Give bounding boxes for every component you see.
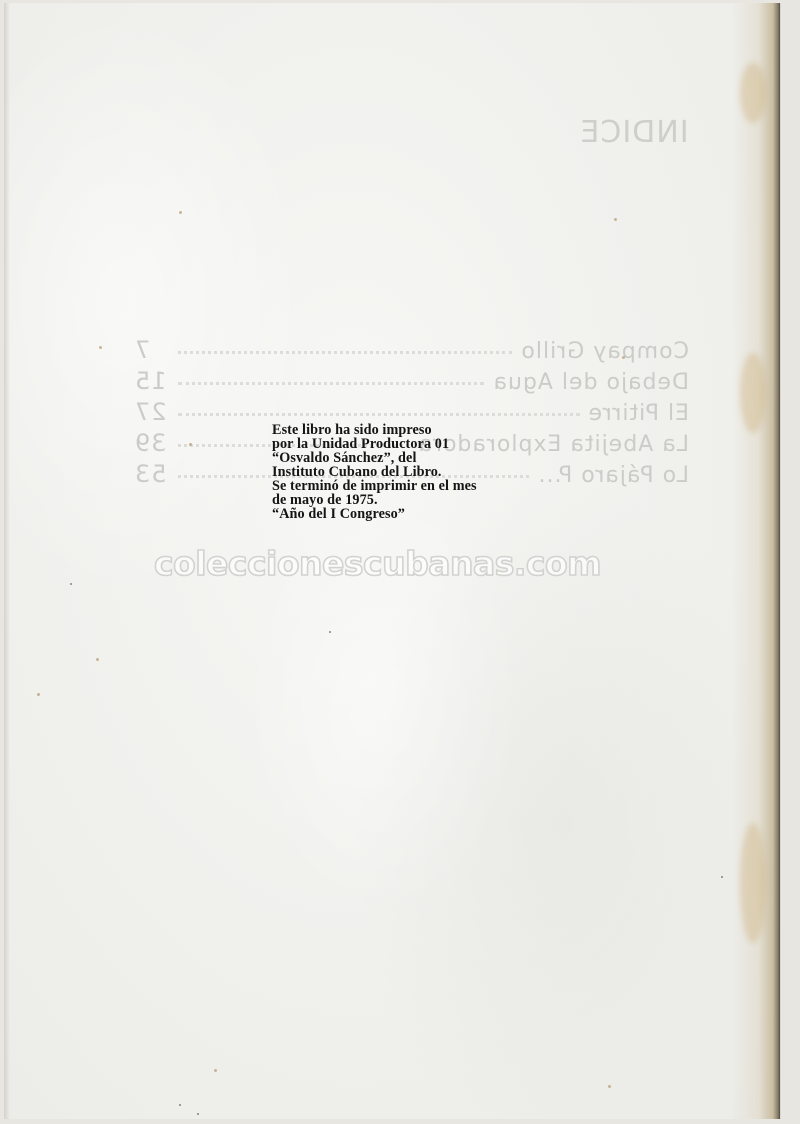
paper-speck bbox=[99, 346, 102, 349]
paper-speck bbox=[96, 658, 99, 661]
colophon-line: por la Unidad Productora 01 bbox=[272, 437, 477, 451]
show-through-entry-page: 27 bbox=[134, 398, 170, 426]
show-through-entry-title: El Pitirre bbox=[588, 401, 689, 426]
colophon-line: Instituto Cubano del Libro. bbox=[272, 465, 477, 479]
show-through-entry-page: 53 bbox=[134, 460, 170, 488]
paper-speck bbox=[614, 218, 617, 221]
paper-speck bbox=[70, 583, 72, 585]
paper-speck bbox=[622, 356, 625, 359]
colophon-line: “Año del I Congreso” bbox=[272, 507, 477, 521]
show-through-entry-page: 7 bbox=[134, 336, 170, 364]
show-through-title: INDICE bbox=[579, 115, 689, 150]
paper-speck bbox=[179, 211, 182, 214]
spine-edge bbox=[732, 3, 780, 1119]
colophon-line: de mayo de 1975. bbox=[272, 493, 477, 507]
left-edge-shadow bbox=[4, 3, 10, 1119]
leader-dots bbox=[178, 382, 484, 385]
show-through-entry-title: Lo Pájaro P... bbox=[537, 463, 689, 488]
show-through-entry-page: 39 bbox=[134, 429, 170, 457]
colophon-line: “Osvaldo Sánchez”, del bbox=[272, 451, 477, 465]
watermark: coleccionescubanas.com bbox=[154, 544, 601, 583]
spine-stain bbox=[740, 63, 766, 123]
paper-speck bbox=[329, 631, 331, 633]
paper-speck bbox=[189, 443, 192, 446]
scanned-page: INDICE Compay Grillo 7 Debajo del Agua 1… bbox=[4, 3, 780, 1119]
show-through-entry-title: Compay Grillo bbox=[520, 339, 689, 364]
paper-speck bbox=[197, 1113, 199, 1115]
colophon: Este libro ha sido impreso por la Unidad… bbox=[272, 423, 477, 521]
paper-speck bbox=[721, 876, 723, 878]
show-through-entry-page: 15 bbox=[134, 367, 170, 395]
show-through-entry: Debajo del Agua 15 bbox=[134, 367, 689, 398]
spine-stain bbox=[740, 823, 766, 943]
paper-speck bbox=[214, 1069, 217, 1072]
leader-dots bbox=[178, 351, 512, 354]
colophon-line: Se terminó de imprimir en el mes bbox=[272, 479, 477, 493]
leader-dots bbox=[178, 413, 580, 416]
paper-speck bbox=[179, 1104, 181, 1106]
show-through-entry-title: Debajo del Agua bbox=[492, 370, 689, 395]
spine-stain bbox=[740, 353, 766, 433]
paper-speck bbox=[608, 1085, 611, 1088]
colophon-line: Este libro ha sido impreso bbox=[272, 423, 477, 437]
show-through-entry: Compay Grillo 7 bbox=[134, 336, 689, 367]
paper-speck bbox=[37, 693, 40, 696]
